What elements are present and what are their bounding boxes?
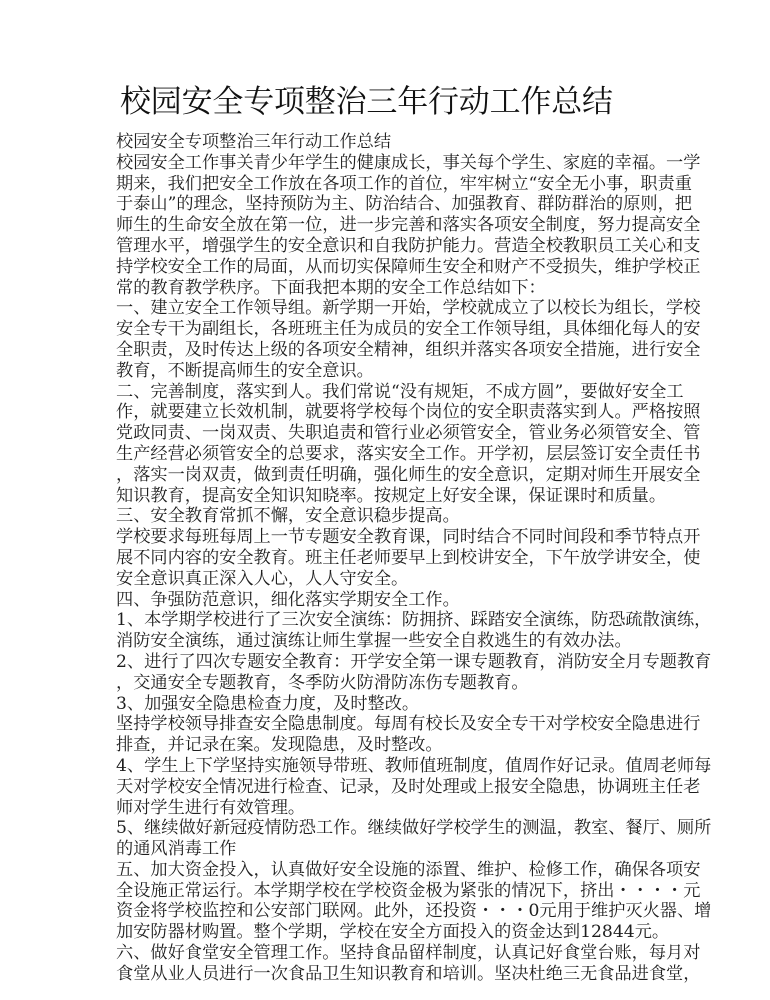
body-line: 党政同责、一岗双责、失职追责和管行业必须管安全，管业务必须管安全、管 (116, 423, 661, 444)
body-line: 全设施正常运行。本学期学校在学校资金极为紧张的情况下，挤出・・・・元 (116, 881, 661, 902)
document-body: 校园安全专项整治三年行动工作总结 校园安全工作事关青少年学生的健康成长，事关每个… (116, 132, 661, 985)
body-line: 坚持学校领导排查安全隐患制度。每周有校长及安全专干对学校安全隐患进行 (116, 714, 661, 735)
document-title: 校园安全专项整治三年行动工作总结 (120, 80, 720, 124)
body-line: 管理水平，增强学生的安全意识和自我防护能力。营造全校教职员工关心和支 (116, 236, 661, 257)
body-line: 的通风消毒工作 (116, 839, 661, 860)
body-line: 全职责，及时传达上级的各项安全精神，组织并落实各项安全措施，进行安全 (116, 340, 661, 361)
body-line: 三、安全教育常抓不懈，安全意识稳步提高。 (116, 506, 661, 527)
body-line: 天对学校安全情况进行检查、记录，及时处理或上报安全隐患，协调班主任老 (116, 777, 661, 798)
body-line: 期来，我们把安全工作放在各项工作的首位，牢牢树立“安全无小事，职责重 (116, 174, 661, 195)
body-line: 5、继续做好新冠疫情防恐工作。继续做好学校学生的测温，教室、餐厅、厕所 (116, 818, 661, 839)
body-line: 教育，不断提高师生的安全意识。 (116, 361, 661, 382)
body-line: 常的教育教学秩序。下面我把本期的安全工作总结如下： (116, 278, 661, 299)
body-line: 展不同内容的安全教育。班主任老师要早上到校讲安全，下午放学讲安全，使 (116, 548, 661, 569)
body-line: 排查，并记录在案。发现隐患，及时整改。 (116, 735, 661, 756)
body-line: 4、学生上下学坚持实施领导带班、教师值班制度，值周作好记录。值周老师每 (116, 756, 661, 777)
body-line: 持学校安全工作的局面，从而切实保障师生安全和财产不受损失，维护学校正 (116, 257, 661, 278)
document-page: 校园安全专项整治三年行动工作总结 校园安全专项整治三年行动工作总结 校园安全工作… (0, 0, 770, 1000)
body-line: 加安防器材购置。整个学期，学校在安全方面投入的资金达到12844元。 (116, 922, 661, 943)
body-line: 师对学生进行有效管理。 (116, 798, 661, 819)
body-line: 资金将学校监控和公安部门联网。此外，还投资・・・0元用于维护灭火器、增 (116, 901, 661, 922)
body-line: 1、本学期学校进行了三次安全演练：防拥挤、踩踏安全演练，防恐疏散演练， (116, 610, 661, 631)
body-line: 二、完善制度，落实到人。我们常说“没有规矩，不成方圆”，要做好安全工 (116, 382, 661, 403)
body-line: 五、加大资金投入，认真做好安全设施的添置、维护、检修工作，确保各项安 (116, 860, 661, 881)
body-line: 一、建立安全工作领导组。新学期一开始，学校就成立了以校长为组长，学校 (116, 298, 661, 319)
body-line: 四、争强防范意识，细化落实学期安全工作。 (116, 590, 661, 611)
body-line: 校园安全专项整治三年行动工作总结 (116, 132, 661, 153)
body-line: 六、做好食堂安全管理工作。坚持食品留样制度，认真记好食堂台账，每月对 (116, 943, 661, 964)
body-line: 安全专干为副组长，各班班主任为成员的安全工作领导组，具体细化每人的安 (116, 319, 661, 340)
body-line: 师生的生命安全放在第一位，进一步完善和落实各项安全制度，努力提高安全 (116, 215, 661, 236)
body-line: 3、加强安全隐患检查力度，及时整改。 (116, 694, 661, 715)
body-line: 食堂从业人员进行一次食品卫生知识教育和培训。坚决杜绝三无食品进食堂， (116, 964, 661, 985)
body-line: 2、进行了四次专题安全教育：开学安全第一课专题教育，消防安全月专题教育 (116, 652, 661, 673)
body-line: 学校要求每班每周上一节专题安全教育课，同时结合不同时间段和季节特点开 (116, 527, 661, 548)
body-line: ，落实一岗双责，做到责任明确，强化师生的安全意识，定期对师生开展安全 (116, 465, 661, 486)
body-line: ，交通安全专题教育，冬季防火防滑防冻伤专题教育。 (116, 673, 661, 694)
body-line: 校园安全工作事关青少年学生的健康成长，事关每个学生、家庭的幸福。一学 (116, 153, 661, 174)
body-line: 安全意识真正深入人心，人人守安全。 (116, 569, 661, 590)
body-line: 于泰山”的理念，坚持预防为主、防治结合、加强教育、群防群治的原则，把 (116, 194, 661, 215)
body-line: 作，就要建立长效机制，就要将学校每个岗位的安全职责落实到人。严格按照 (116, 402, 661, 423)
body-line: 消防安全演练，通过演练让师生掌握一些安全自救逃生的有效办法。 (116, 631, 661, 652)
body-line: 知识教育，提高安全知识知晓率。按规定上好安全课，保证课时和质量。 (116, 486, 661, 507)
body-line: 生产经营必须管安全的总要求，落实安全工作。开学初，层层签订安全责任书 (116, 444, 661, 465)
